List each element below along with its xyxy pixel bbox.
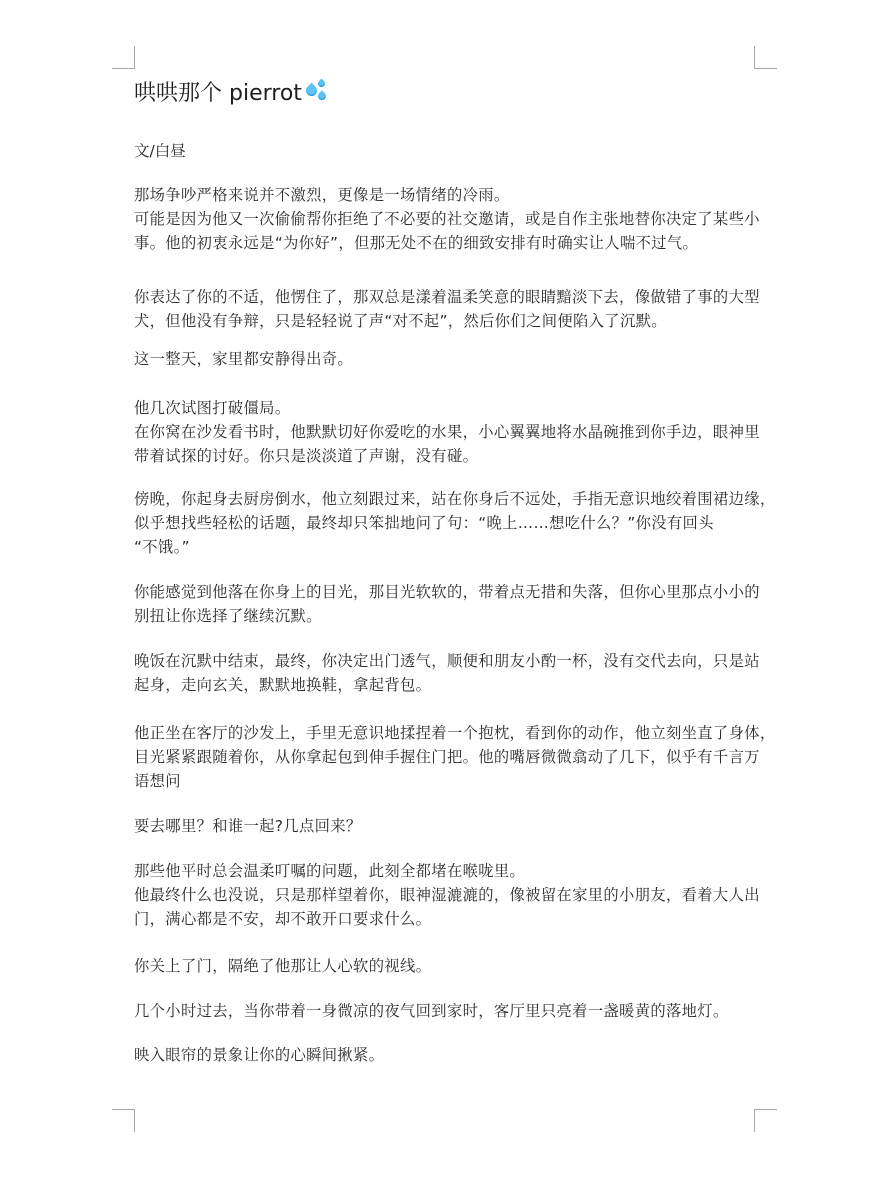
text-line: 似乎想找些轻松的话题，最终却只笨拙地问了句：“晚上……想吃什么？”你没有回头 — [134, 512, 714, 534]
text-line: 在你窝在沙发看书时，他默默切好你爱吃的水果，小心翼翼地将水晶碗推到你手边，眼神里 — [134, 421, 760, 443]
text-line: 他正坐在客厅的沙发上，手里无意识地揉捏着一个抱枕，看到你的动作，他立刻坐直了身体… — [134, 722, 776, 744]
text-line: 那场争吵严格来说并不激烈，更像是一场情绪的冷雨。 — [134, 184, 510, 206]
document-title-text: 哄哄那个 pierrot — [134, 81, 302, 106]
text-line: 犬，但他没有争辩，只是轻轻说了声“对不起”，然后你们之间便陷入了沉默。 — [134, 310, 667, 332]
text-line: 他最终什么也没说，只是那样望着你，眼神湿漉漉的，像被留在家里的小朋友，看着大人出 — [134, 884, 760, 906]
text-line: 起身，走向玄关，默默地换鞋，拿起背包。 — [134, 674, 431, 696]
text-line: 带着试探的讨好。你只是淡淡道了声谢，没有碰。 — [134, 445, 478, 467]
text-line: 可能是因为他又一次偷偷帮你拒绝了不必要的社交邀请，或是自作主张地替你决定了某些小 — [134, 208, 760, 230]
text-line: 门，满心都是不安，却不敢开口要求什么。 — [134, 908, 431, 930]
author-byline: 文/白昼 — [134, 140, 186, 162]
document-page: 哄哄那个 pierrot 文/白昼 那场争吵严格来说并不激烈，更像是一场情绪的冷… — [0, 0, 888, 1184]
text-line: 事。他的初衷永远是“为你好”，但那无处不在的细致安排有时确实让人喘不过气。 — [134, 232, 698, 254]
text-line: 映入眼帘的景象让你的心瞬间揪紧。 — [134, 1044, 384, 1066]
text-line: 那些他平时总会温柔叮嘱的问题，此刻全都堵在喉咙里。 — [134, 860, 525, 882]
text-line: 你关上了门，隔绝了他那让人心软的视线。 — [134, 955, 431, 977]
text-line: 他几次试图打破僵局。 — [134, 397, 290, 419]
text-line: 你表达了你的不适，他愣住了，那双总是漾着温柔笑意的眼睛黯淡下去，像做错了事的大型 — [134, 286, 760, 308]
margin-corner-mark-bottom-right — [754, 1109, 777, 1132]
text-line: “不饿。” — [134, 536, 190, 558]
text-line: 几个小时过去，当你带着一身微凉的夜气回到家时，客厅里只亮着一盏暖黄的落地灯。 — [134, 1000, 729, 1022]
text-line: 目光紧紧跟随着你，从你拿起包到伸手握住门把。他的嘴唇微微翕动了几下，似乎有千言万 — [134, 746, 760, 768]
text-line: 要去哪里？和谁一起?几点回来？ — [134, 815, 362, 837]
text-line: 你能感觉到他落在你身上的目光，那目光软软的，带着点无措和失落，但你心里那点小小的 — [134, 581, 760, 603]
margin-corner-mark-top-left — [112, 46, 135, 69]
margin-corner-mark-bottom-left — [112, 1109, 135, 1132]
text-line: 别扭让你选择了继续沉默。 — [134, 605, 322, 627]
text-line: 语想问 — [134, 770, 181, 792]
text-line: 傍晚，你起身去厨房倒水，他立刻跟过来，站在你身后不远处，手指无意识地绞着围裙边缘… — [134, 488, 776, 510]
sweat-droplets-icon — [303, 78, 329, 104]
document-title: 哄哄那个 pierrot — [134, 78, 329, 109]
margin-corner-mark-top-right — [754, 46, 777, 69]
text-line: 这一整天，家里都安静得出奇。 — [134, 348, 353, 370]
text-line: 晚饭在沉默中结束，最终，你决定出门透气，顺便和朋友小酌一杯，没有交代去向，只是站 — [134, 650, 760, 672]
